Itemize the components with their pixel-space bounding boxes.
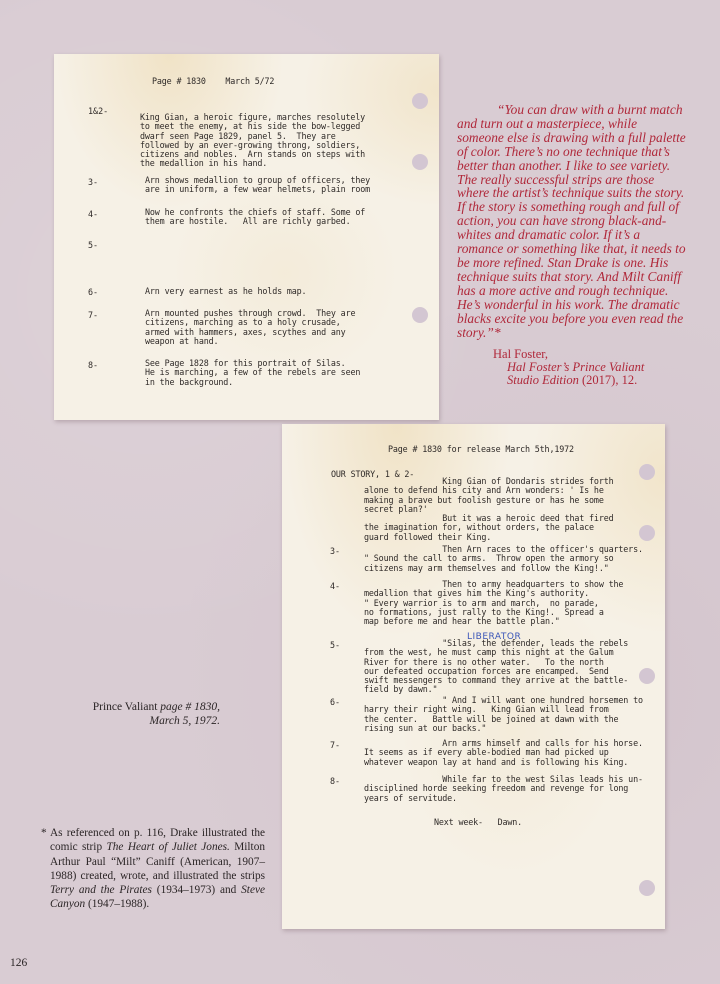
binder-hole: [412, 154, 428, 170]
footnote-marker: *: [41, 826, 47, 840]
binder-hole: [639, 525, 655, 541]
sheet1-header: Page # 1830 March 5/72: [152, 77, 274, 86]
panel-text: Then Arn races to the officer's quarters…: [364, 545, 643, 573]
panel-text: " And I will want one hundred horsemen t…: [364, 696, 643, 733]
sheet2-header: Page # 1830 for release March 5th,1972: [388, 445, 574, 454]
panel-number: 3-: [330, 546, 340, 556]
quote-source-line: Studio Edition (2017), 12.: [493, 374, 644, 387]
quote-source-edition: Studio Edition: [507, 373, 579, 387]
binder-hole: [639, 464, 655, 480]
panel-description: Arn very earnest as he holds map.: [145, 287, 306, 296]
panel-description: King Gian, a heroic figure, marches reso…: [140, 113, 365, 169]
quote-author: Hal Foster,: [493, 347, 548, 361]
quote-attribution: Hal Foster, Hal Foster’s Prince Valiant …: [493, 348, 644, 387]
script-sheet-story: Page # 1830 for release March 5th,1972 O…: [282, 424, 665, 929]
panel-number: 6-: [330, 697, 340, 707]
panel-number: 7-: [330, 740, 340, 750]
page-number: 126: [10, 957, 27, 969]
binder-hole: [639, 880, 655, 896]
panel-description: Now he confronts the chiefs of staff. So…: [145, 208, 365, 227]
quote-text: “You can draw with a burnt match and tur…: [457, 103, 687, 339]
panel-number: 6-: [88, 287, 98, 297]
caption-italic: page # 1830,: [160, 701, 220, 713]
script-sheet-notes: Page # 1830 March 5/72 1&2- King Gian, a…: [54, 54, 439, 420]
panel-number: 8-: [88, 360, 98, 370]
panel-description: Arn shows medallion to group of officers…: [145, 176, 370, 195]
footnote-text: (1947–1988).: [85, 898, 149, 910]
panel-text: "Silas, the defender, leads the rebels f…: [364, 639, 628, 695]
panel-number: 4-: [88, 209, 98, 219]
panel-description: Arn mounted pushes through crowd. They a…: [145, 309, 355, 346]
panel-number: 7-: [88, 310, 98, 320]
handwritten-correction: LIBERATOR: [467, 632, 521, 642]
panel-number: 4-: [330, 581, 340, 591]
panel-text: Arn arms himself and calls for his horse…: [364, 739, 643, 767]
binder-hole: [412, 93, 428, 109]
caption-plain: Prince Valiant: [93, 701, 161, 713]
footnote-text: (1934–1973) and: [152, 884, 241, 896]
panel-text: Then to army headquarters to show the me…: [364, 580, 623, 626]
intro-text: King Gian of Dondaris strides forth alon…: [364, 477, 614, 542]
panel-number: 8-: [330, 776, 340, 786]
binder-hole: [639, 668, 655, 684]
panel-number: 5-: [330, 640, 340, 650]
panel-text: While far to the west Silas leads his un…: [364, 775, 643, 803]
panel-number: 5-: [88, 240, 98, 250]
panel-description: See Page 1828 for this portrait of Silas…: [145, 359, 360, 387]
quote-source-rest: (2017), 12.: [579, 373, 637, 387]
closing-line: Next week- Dawn.: [434, 818, 522, 827]
footnote-title: The Heart of Juliet Jones.: [107, 841, 230, 853]
footnote: * As referenced on p. 116, Drake illustr…: [50, 826, 265, 912]
figure-caption: Prince Valiant page # 1830, March 5, 197…: [70, 700, 220, 728]
hal-foster-quote: “You can draw with a burnt match and tur…: [457, 103, 687, 339]
panel-number: 3-: [88, 177, 98, 187]
binder-hole: [412, 307, 428, 323]
caption-date: March 5, 1972.: [150, 715, 220, 727]
footnote-title: Terry and the Pirates: [50, 884, 152, 896]
panel-number: 1&2-: [88, 106, 108, 116]
